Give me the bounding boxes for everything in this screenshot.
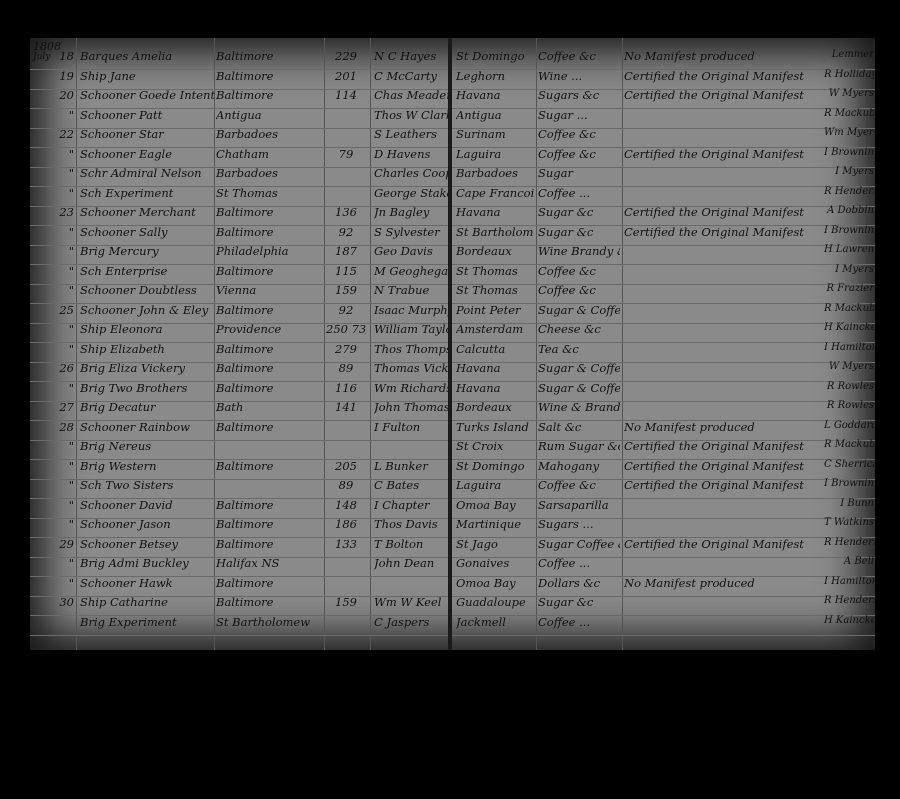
from-cell: Bath bbox=[216, 400, 326, 414]
master-cell: Wm Richardson bbox=[374, 381, 450, 395]
cargo-cell: Sugar Coffee &c bbox=[538, 537, 620, 551]
tons-cell: 92 bbox=[326, 225, 366, 239]
consignee-cell: I Browning bbox=[824, 478, 874, 489]
day-cell: " bbox=[52, 244, 74, 258]
master-cell: N Trabue bbox=[374, 283, 450, 297]
from-cell: Baltimore bbox=[216, 49, 326, 63]
day-cell: " bbox=[52, 225, 74, 239]
port-cell: Point Peter bbox=[456, 303, 534, 317]
consignee-cell: R Mackubin bbox=[824, 303, 874, 314]
consignee-cell: W Myers bbox=[824, 88, 874, 99]
consignee-cell: I Browning bbox=[824, 225, 874, 236]
consignee-cell: A Dobbin bbox=[824, 205, 874, 216]
cargo-cell: Coffee ... bbox=[538, 186, 620, 200]
tons-cell: 79 bbox=[326, 147, 366, 161]
vessel-cell: Schooner Merchant bbox=[80, 205, 215, 219]
vessel-cell: Ship Jane bbox=[80, 69, 215, 83]
day-cell: " bbox=[52, 478, 74, 492]
vessel-cell: Ship Elizabeth bbox=[80, 342, 215, 356]
consignee-cell: I Hamilton bbox=[824, 576, 874, 587]
from-cell: Barbadoes bbox=[216, 166, 326, 180]
master-cell: Isaac Murphy bbox=[374, 303, 450, 317]
consignee-cell: W Myers bbox=[824, 361, 874, 372]
consignee-cell: I Myers bbox=[824, 264, 874, 275]
vessel-cell: Schooner Betsey bbox=[80, 537, 215, 551]
port-cell: Jackmell bbox=[456, 615, 534, 629]
from-cell: Baltimore bbox=[216, 342, 326, 356]
tons-cell: 89 bbox=[326, 478, 366, 492]
consignee-cell: R Henderson bbox=[824, 537, 874, 548]
cargo-cell: Wine ... bbox=[538, 69, 620, 83]
cargo-cell: Coffee &c bbox=[538, 127, 620, 141]
vessel-cell: Sch Experiment bbox=[80, 186, 215, 200]
remark-cell: No Manifest produced bbox=[624, 576, 824, 590]
day-cell: " bbox=[52, 264, 74, 278]
vessel-cell: Brig Two Brothers bbox=[80, 381, 215, 395]
tons-cell: 133 bbox=[326, 537, 366, 551]
day-cell: 28 bbox=[52, 420, 74, 434]
port-cell: Omoa Bay bbox=[456, 576, 534, 590]
cargo-cell: Sugar & Coffee bbox=[538, 361, 620, 375]
consignee-cell: I Myers bbox=[824, 166, 874, 177]
port-cell: Leghorn bbox=[456, 69, 534, 83]
vessel-cell: Schooner Patt bbox=[80, 108, 215, 122]
port-cell: Havana bbox=[456, 361, 534, 375]
vessel-cell: Schooner Rainbow bbox=[80, 420, 215, 434]
vessel-cell: Brig Western bbox=[80, 459, 215, 473]
master-cell: Thomas Vickery bbox=[374, 361, 450, 375]
cargo-cell: Sugar bbox=[538, 166, 620, 180]
from-cell: Barbadoes bbox=[216, 127, 326, 141]
port-cell: Laguira bbox=[456, 478, 534, 492]
ledger-row: JackmellCoffee ...H Kaincke bbox=[452, 614, 875, 636]
cargo-cell: Rum Sugar &c bbox=[538, 439, 620, 453]
from-cell: Halifax NS bbox=[216, 556, 326, 570]
from-cell: Baltimore bbox=[216, 498, 326, 512]
cargo-cell: Sugar &c bbox=[538, 225, 620, 239]
master-cell: N C Hayes bbox=[374, 49, 450, 63]
tons-cell: 250 73/95 bbox=[326, 322, 366, 336]
port-cell: Havana bbox=[456, 205, 534, 219]
master-cell: D Havens bbox=[374, 147, 450, 161]
day-cell: " bbox=[52, 381, 74, 395]
from-cell: Vienna bbox=[216, 283, 326, 297]
cargo-cell: Sarsaparilla bbox=[538, 498, 620, 512]
vessel-cell: Schr Admiral Nelson bbox=[80, 166, 215, 180]
day-cell: 30 bbox=[52, 595, 74, 609]
port-cell: St Domingo bbox=[456, 459, 534, 473]
cargo-cell: Sugars ... bbox=[538, 517, 620, 531]
from-cell: Providence bbox=[216, 322, 326, 336]
tons-cell: 136 bbox=[326, 205, 366, 219]
from-cell: Baltimore bbox=[216, 420, 326, 434]
tons-cell: 114 bbox=[326, 88, 366, 102]
vessel-cell: Sch Two Sisters bbox=[80, 478, 215, 492]
vessel-cell: Brig Eliza Vickery bbox=[80, 361, 215, 375]
cargo-cell: Salt &c bbox=[538, 420, 620, 434]
vessel-cell: Brig Decatur bbox=[80, 400, 215, 414]
remark-cell: No Manifest produced bbox=[624, 49, 824, 63]
from-cell: Baltimore bbox=[216, 595, 326, 609]
consignee-cell: I Bunn bbox=[824, 498, 874, 509]
port-cell: Gonaives bbox=[456, 556, 534, 570]
ledger-scan: 1808 July 18Barques AmeliaBaltimore229N … bbox=[30, 38, 875, 650]
cargo-cell: Coffee &c bbox=[538, 264, 620, 278]
vessel-cell: Schooner Eagle bbox=[80, 147, 215, 161]
cargo-cell: Coffee &c bbox=[538, 147, 620, 161]
master-cell: Wm W Keel bbox=[374, 595, 450, 609]
vessel-cell: Brig Admi Buckley bbox=[80, 556, 215, 570]
remark-cell: No Manifest produced bbox=[624, 420, 824, 434]
day-cell: " bbox=[52, 283, 74, 297]
vessel-cell: Schooner John & Eley bbox=[80, 303, 215, 317]
vessel-cell: Schooner David bbox=[80, 498, 215, 512]
consignee-cell: R Mackubin bbox=[824, 439, 874, 450]
vessel-cell: Schooner Doubtless bbox=[80, 283, 215, 297]
day-cell: 25 bbox=[52, 303, 74, 317]
tons-cell: 187 bbox=[326, 244, 366, 258]
day-cell: " bbox=[52, 147, 74, 161]
day-cell: 26 bbox=[52, 361, 74, 375]
day-cell: 20 bbox=[52, 88, 74, 102]
consignee-cell: Lemmer bbox=[824, 49, 874, 60]
consignee-cell: L Goddard bbox=[824, 420, 874, 431]
port-cell: Havana bbox=[456, 88, 534, 102]
consignee-cell: R Rowles bbox=[824, 381, 874, 392]
day-cell: " bbox=[52, 166, 74, 180]
from-cell: Baltimore bbox=[216, 381, 326, 395]
master-cell: Thos Thompson bbox=[374, 342, 450, 356]
port-cell: Martinique bbox=[456, 517, 534, 531]
master-cell: I Chapter bbox=[374, 498, 450, 512]
master-cell: C Jaspers bbox=[374, 615, 450, 629]
day-cell: " bbox=[52, 108, 74, 122]
consignee-cell: R Frazier bbox=[824, 283, 874, 294]
port-cell: St Croix bbox=[456, 439, 534, 453]
consignee-cell: I Hamilton bbox=[824, 342, 874, 353]
port-cell: St Jago bbox=[456, 537, 534, 551]
left-page: 1808 July 18Barques AmeliaBaltimore229N … bbox=[30, 38, 450, 650]
cargo-cell: Sugar &c bbox=[538, 205, 620, 219]
consignee-cell: R Holliday bbox=[824, 69, 874, 80]
right-page: St DomingoCoffee &cNo Manifest producedL… bbox=[452, 38, 875, 650]
master-cell: George Stakes bbox=[374, 186, 450, 200]
from-cell: Baltimore bbox=[216, 69, 326, 83]
master-cell: Thos Davis bbox=[374, 517, 450, 531]
cargo-cell: Sugars &c bbox=[538, 88, 620, 102]
consignee-cell: R Mackubin bbox=[824, 108, 874, 119]
port-cell: Surinam bbox=[456, 127, 534, 141]
cargo-cell: Mahogany bbox=[538, 459, 620, 473]
cargo-cell: Coffee &c bbox=[538, 478, 620, 492]
cargo-cell: Sugar & Coffee bbox=[538, 381, 620, 395]
vessel-cell: Brig Experiment bbox=[80, 615, 215, 629]
vessel-cell: Schooner Jason bbox=[80, 517, 215, 531]
master-cell: Charles Cooper bbox=[374, 166, 450, 180]
consignee-cell: H Lawrence bbox=[824, 244, 874, 255]
vessel-cell: Barques Amelia bbox=[80, 49, 215, 63]
day-cell: " bbox=[52, 186, 74, 200]
tons-cell: 141 bbox=[326, 400, 366, 414]
vessel-cell: Sch Enterprise bbox=[80, 264, 215, 278]
master-cell: Geo Davis bbox=[374, 244, 450, 258]
tons-cell: 229 bbox=[326, 49, 366, 63]
tons-cell: 205 bbox=[326, 459, 366, 473]
from-cell: Baltimore bbox=[216, 517, 326, 531]
tons-cell: 201 bbox=[326, 69, 366, 83]
day-cell: " bbox=[52, 459, 74, 473]
from-cell: Baltimore bbox=[216, 205, 326, 219]
port-cell: Amsterdam bbox=[456, 322, 534, 336]
tons-cell: 186 bbox=[326, 517, 366, 531]
remark-cell: Certified the Original Manifest bbox=[624, 205, 824, 219]
day-cell: 29 bbox=[52, 537, 74, 551]
remark-cell: Certified the Original Manifest bbox=[624, 225, 824, 239]
consignee-cell: I Browning bbox=[824, 147, 874, 158]
vessel-cell: Ship Catharine bbox=[80, 595, 215, 609]
cargo-cell: Sugar ... bbox=[538, 108, 620, 122]
master-cell: Thos W Clark bbox=[374, 108, 450, 122]
from-cell: Baltimore bbox=[216, 225, 326, 239]
port-cell: Omoa Bay bbox=[456, 498, 534, 512]
port-cell: Antigua bbox=[456, 108, 534, 122]
cargo-cell: Sugar &c bbox=[538, 595, 620, 609]
day-cell: " bbox=[52, 342, 74, 356]
from-cell: St Bartholomew bbox=[216, 615, 326, 629]
remark-cell: Certified the Original Manifest bbox=[624, 537, 824, 551]
from-cell: Antigua bbox=[216, 108, 326, 122]
day-cell: 19 bbox=[52, 69, 74, 83]
port-cell: Turks Island bbox=[456, 420, 534, 434]
master-cell: C Bates bbox=[374, 478, 450, 492]
cargo-cell: Dollars &c bbox=[538, 576, 620, 590]
vessel-cell: Brig Mercury bbox=[80, 244, 215, 258]
tons-cell: 116 bbox=[326, 381, 366, 395]
port-cell: Cape Francois bbox=[456, 186, 534, 200]
port-cell: Bordeaux bbox=[456, 244, 534, 258]
cargo-cell: Coffee ... bbox=[538, 615, 620, 629]
cargo-cell: Coffee &c bbox=[538, 283, 620, 297]
cargo-cell: Wine Brandy &c bbox=[538, 244, 620, 258]
master-cell: M Geoghegan bbox=[374, 264, 450, 278]
day-cell: " bbox=[52, 517, 74, 531]
cargo-cell: Wine & Brandy bbox=[538, 400, 620, 414]
port-cell: Laguira bbox=[456, 147, 534, 161]
day-cell: " bbox=[52, 498, 74, 512]
from-cell: Baltimore bbox=[216, 576, 326, 590]
tons-cell: 115 bbox=[326, 264, 366, 278]
day-cell: 22 bbox=[52, 127, 74, 141]
vessel-cell: Schooner Star bbox=[80, 127, 215, 141]
master-cell: Jn Bagley bbox=[374, 205, 450, 219]
from-cell: Baltimore bbox=[216, 537, 326, 551]
cargo-cell: Coffee ... bbox=[538, 556, 620, 570]
day-cell: " bbox=[52, 439, 74, 453]
master-cell: S Leathers bbox=[374, 127, 450, 141]
cargo-cell: Tea &c bbox=[538, 342, 620, 356]
master-cell: John Dean bbox=[374, 556, 450, 570]
vessel-cell: Schooner Sally bbox=[80, 225, 215, 239]
consignee-cell: T Watkins bbox=[824, 517, 874, 528]
cargo-cell: Sugar & Coffee bbox=[538, 303, 620, 317]
port-cell: Barbadoes bbox=[456, 166, 534, 180]
port-cell: St Thomas bbox=[456, 283, 534, 297]
port-cell: St Thomas bbox=[456, 264, 534, 278]
master-cell: William Taylor bbox=[374, 322, 450, 336]
from-cell: Baltimore bbox=[216, 459, 326, 473]
port-cell: Calcutta bbox=[456, 342, 534, 356]
tons-cell: 148 bbox=[326, 498, 366, 512]
from-cell: Baltimore bbox=[216, 88, 326, 102]
remark-cell: Certified the Original Manifest bbox=[624, 459, 824, 473]
day-cell: " bbox=[52, 322, 74, 336]
tons-cell: 279 bbox=[326, 342, 366, 356]
master-cell: S Sylvester bbox=[374, 225, 450, 239]
from-cell: Philadelphia bbox=[216, 244, 326, 258]
tons-cell: 89 bbox=[326, 361, 366, 375]
vessel-cell: Schooner Hawk bbox=[80, 576, 215, 590]
port-cell: Havana bbox=[456, 381, 534, 395]
remark-cell: Certified the Original Manifest bbox=[624, 147, 824, 161]
remark-cell: Certified the Original Manifest bbox=[624, 478, 824, 492]
consignee-cell: H Kaincke bbox=[824, 615, 874, 626]
day-cell: 27 bbox=[52, 400, 74, 414]
day-cell: " bbox=[52, 556, 74, 570]
master-cell: I Fulton bbox=[374, 420, 450, 434]
port-cell: Guadaloupe bbox=[456, 595, 534, 609]
master-cell: Chas Meaders bbox=[374, 88, 450, 102]
master-cell: C McCarty bbox=[374, 69, 450, 83]
master-cell: L Bunker bbox=[374, 459, 450, 473]
from-cell: Baltimore bbox=[216, 264, 326, 278]
port-cell: St Bartholomew bbox=[456, 225, 534, 239]
master-cell: John Thomas bbox=[374, 400, 450, 414]
day-cell: 23 bbox=[52, 205, 74, 219]
from-cell: Chatham bbox=[216, 147, 326, 161]
remark-cell: Certified the Original Manifest bbox=[624, 439, 824, 453]
consignee-cell: H Kaincke bbox=[824, 322, 874, 333]
from-cell: Baltimore bbox=[216, 361, 326, 375]
consignee-cell: A Bell bbox=[824, 556, 874, 567]
tons-cell: 159 bbox=[326, 283, 366, 297]
cargo-cell: Cheese &c bbox=[538, 322, 620, 336]
from-cell: Baltimore bbox=[216, 303, 326, 317]
remark-cell: Certified the Original Manifest bbox=[624, 88, 824, 102]
vessel-cell: Brig Nereus bbox=[80, 439, 215, 453]
consignee-cell: R Henderson bbox=[824, 595, 874, 606]
master-cell: T Bolton bbox=[374, 537, 450, 551]
tons-cell: 159 bbox=[326, 595, 366, 609]
day-cell: 18 bbox=[52, 49, 74, 63]
cargo-cell: Coffee &c bbox=[538, 49, 620, 63]
from-cell: St Thomas bbox=[216, 186, 326, 200]
consignee-cell: R Rowles bbox=[824, 400, 874, 411]
port-cell: St Domingo bbox=[456, 49, 534, 63]
vessel-cell: Ship Eleonora bbox=[80, 322, 215, 336]
consignee-cell: R Henderson bbox=[824, 186, 874, 197]
vessel-cell: Schooner Goede Intent bbox=[80, 88, 215, 102]
day-cell: " bbox=[52, 576, 74, 590]
remark-cell: Certified the Original Manifest bbox=[624, 69, 824, 83]
consignee-cell: Wm Myers bbox=[824, 127, 874, 138]
ledger-row: Brig ExperimentSt BartholomewC Jaspers bbox=[30, 614, 450, 636]
consignee-cell: C Sherrick bbox=[824, 459, 874, 470]
port-cell: Bordeaux bbox=[456, 400, 534, 414]
tons-cell: 92 bbox=[326, 303, 366, 317]
